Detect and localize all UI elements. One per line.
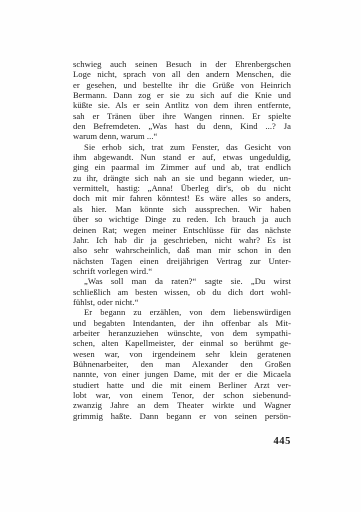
text-line: ihm abgewandt. Nun stand er auf, etwas u… [73,152,291,162]
text-line: studiert hatte und die mit einem Berline… [73,380,291,390]
text-line: warum denn, warum ...“ [73,131,291,141]
text-line: schen, alten Kapellmeister, der einmal s… [73,338,291,348]
text-line: zwanzig Jahre an dem Theater wirkte und … [73,400,291,410]
text-line: deinen Rat; wegen meiner Entschlüsse für… [73,225,291,235]
text-line: er gesehen, und bestellte ihr die Grüße … [73,80,291,90]
text-line: Bermann. Dann zog er sie zu sich auf die… [73,90,291,100]
text-line: grimmig haßte. Dann begann er von seinen… [73,411,291,421]
text-line: schwieg auch seinen Besuch in der Ehrenb… [73,59,291,69]
text-line: schrift vorlegen wird.“ [73,266,291,276]
book-page: schwieg auch seinen Besuch in der Ehrenb… [0,0,361,512]
text-line: ging ein paarmal im Zimmer auf und ab, t… [73,162,291,172]
text-line: fühlst, oder nicht.“ [73,297,291,307]
text-line: lobt war, von einem Tenor, der schon sie… [73,390,291,400]
text-line: arbeiter heranzuziehen wünschte, von dem… [73,328,291,338]
text-line: sah er Tränen über ihre Wangen rinnen. E… [73,111,291,121]
text-line: und begabten Intendanten, der ihn offenb… [73,318,291,328]
text-line: wesen war, von irgendeinem sehr klein ge… [73,349,291,359]
text-line: vermittelt, hastig: „Anna! Überleg dir's… [73,183,291,193]
text-line: Er begann zu erzählen, von dem liebenswü… [73,307,291,317]
text-line: über so wichtige Dinge zu reden. Ich bra… [73,214,291,224]
text-line: also sehr wahrscheinlich, daß man mir sc… [73,245,291,255]
text-line: zu ihr, drängte sich nah an sie und bega… [73,173,291,183]
text-line: als hier. Man könnte sich aussprechen. W… [73,204,291,214]
page-number: 445 [73,436,291,447]
text-line: nannte, von einer jungen Dame, mit der e… [73,369,291,379]
body-text: schwieg auch seinen Besuch in der Ehrenb… [73,59,291,421]
text-line: Bühnenarbeiter, den man Alexander den Gr… [73,359,291,369]
text-line: küßte sie. Als er sein Antlitz von dem i… [73,100,291,110]
text-line: „Was soll man da raten?“ sagte sie. „Du … [73,276,291,286]
text-line: doch mit mir fahren könntest! Es wäre al… [73,193,291,203]
text-line: den Befremdeten. „Was hast du denn, Kind… [73,121,291,131]
text-line: Loge nicht, sprach von all den andern Me… [73,69,291,79]
text-line: schließlich am besten wissen, ob du dich… [73,287,291,297]
text-line: Sie erhob sich, trat zum Fenster, das Ge… [73,142,291,152]
text-line: nächsten Tagen einen dreijährigen Vertra… [73,256,291,266]
text-line: Jahr. Ich hab dir ja geschrieben, nicht … [73,235,291,245]
